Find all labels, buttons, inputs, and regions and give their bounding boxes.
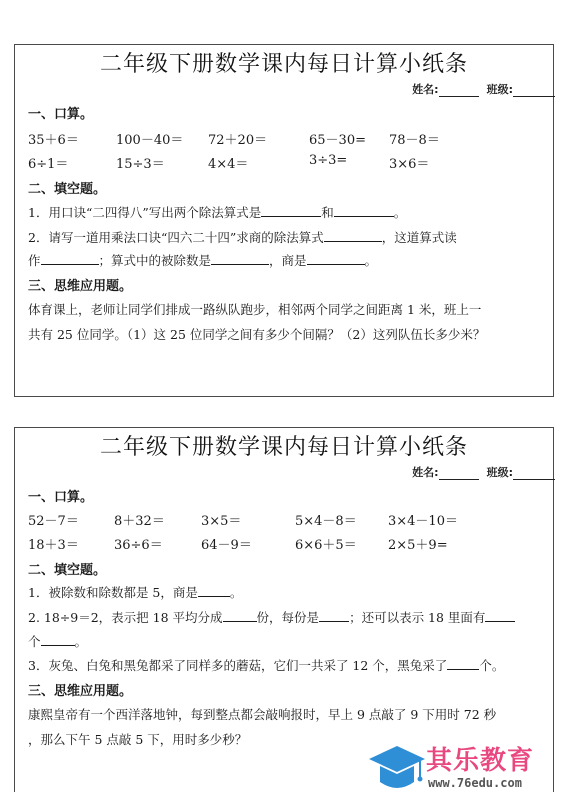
fill-blank-question-2: 2．请写一道用乘法口诀“四六二十四”求商的除法算式，这道算式读 — [28, 228, 549, 246]
section-oral-calc-heading: 一、口算。 — [28, 103, 93, 122]
graduation-cap-icon — [368, 744, 426, 794]
section-word-problem-heading: 三、思维应用题。 — [28, 680, 132, 699]
question-text: 1．被除数和除数都是 5，商是 — [28, 585, 198, 600]
question-text: ，商是 — [269, 253, 307, 268]
question-text: 1．用口诀“二四得八”写出两个除法算式是 — [28, 205, 261, 220]
answer-blank[interactable] — [319, 610, 349, 622]
question-text: ；算式中的被除数是 — [99, 253, 212, 268]
oral-calc-item: 6÷1＝ — [28, 153, 68, 172]
section-oral-calc-heading: 一、口算。 — [28, 486, 93, 505]
name-blank[interactable] — [439, 85, 479, 97]
name-label: 姓名: — [412, 81, 438, 97]
question-text: ，这道算式读 — [382, 230, 457, 245]
fill-blank-question-3: 3．灰兔、白兔和黑兔都采了同样多的蘑菇，它们一共采了 12 个，黑兔采了个。 — [28, 656, 549, 674]
oral-calc-item: 5×4－8＝ — [295, 510, 357, 529]
worksheet-page: 二年级下册数学课内每日计算小纸条 姓名: 班级: 一、口算。 35＋6＝ 100… — [0, 0, 565, 800]
oral-calc-row: 35＋6＝ 100－40＝ 72＋20＝ 65－30= 78－8＝ — [28, 129, 553, 147]
oral-calc-item: 35＋6＝ — [28, 129, 79, 148]
oral-calc-item: 52－7＝ — [28, 510, 79, 529]
answer-blank[interactable] — [198, 585, 230, 597]
question-text: 。 — [394, 205, 407, 220]
oral-calc-row: 52－7＝ 8＋32＝ 3×5＝ 5×4－8＝ 3×4－10＝ — [28, 510, 553, 528]
name-label: 姓名: — [412, 464, 438, 480]
class-label: 班级: — [487, 81, 513, 97]
worksheet-slip-2: 二年级下册数学课内每日计算小纸条 姓名: 班级: 一、口算。 52－7＝ 8＋3… — [14, 427, 554, 792]
section-fill-blank-heading: 二、填空题。 — [28, 559, 106, 578]
oral-calc-item: 65－30= — [309, 129, 366, 148]
student-info: 姓名: 班级: — [412, 81, 555, 97]
question-text: 3．灰兔、白兔和黑兔都采了同样多的蘑菇，它们一共采了 12 个，黑兔采了 — [28, 658, 447, 673]
slip-title: 二年级下册数学课内每日计算小纸条 — [15, 47, 553, 78]
worksheet-slip-1: 二年级下册数学课内每日计算小纸条 姓名: 班级: 一、口算。 35＋6＝ 100… — [14, 44, 554, 397]
oral-calc-item: 15÷3＝ — [116, 153, 165, 172]
oral-calc-item: 2×5＋9= — [388, 534, 448, 553]
oral-calc-item: 6×6＋5＝ — [295, 534, 357, 553]
oral-calc-item: 36÷6＝ — [114, 534, 163, 553]
question-text: 作 — [28, 253, 41, 268]
answer-blank[interactable] — [41, 253, 99, 265]
site-watermark: 其乐教育 www.76edu.com — [368, 740, 565, 800]
oral-calc-item: 78－8＝ — [389, 129, 440, 148]
answer-blank[interactable] — [485, 610, 515, 622]
watermark-brand: 其乐教育 — [426, 740, 534, 777]
question-text: 。 — [365, 253, 378, 268]
oral-calc-row: 18＋3＝ 36÷6＝ 64－9＝ 6×6＋5＝ 2×5＋9= — [28, 534, 553, 552]
name-blank[interactable] — [439, 468, 479, 480]
question-text: 2. 18÷9＝2，表示把 18 平均分成 — [28, 610, 223, 625]
answer-blank[interactable] — [324, 230, 382, 242]
section-fill-blank-heading: 二、填空题。 — [28, 178, 106, 197]
answer-blank[interactable] — [211, 253, 269, 265]
oral-calc-item: 18＋3＝ — [28, 534, 79, 553]
question-text: ；还可以表示 18 里面有 — [349, 610, 485, 625]
oral-calc-item: 3×5＝ — [201, 510, 241, 529]
fill-blank-question-1: 1．用口诀“二四得八”写出两个除法算式是和。 — [28, 203, 549, 221]
fill-blank-question-2-cont: 个。 — [28, 632, 549, 650]
oral-calc-row: 6÷1＝ 15÷3＝ 4×4＝ 3÷3= 3×6＝ — [28, 153, 553, 171]
class-label: 班级: — [487, 464, 513, 480]
oral-calc-item: 64－9＝ — [201, 534, 252, 553]
question-text: 份，每份是 — [257, 610, 320, 625]
question-text: 。 — [230, 585, 243, 600]
answer-blank[interactable] — [41, 634, 75, 646]
oral-calc-item: 4×4＝ — [208, 153, 248, 172]
answer-blank[interactable] — [261, 205, 321, 217]
slip-title: 二年级下册数学课内每日计算小纸条 — [15, 430, 553, 461]
class-blank[interactable] — [513, 468, 555, 480]
watermark-url: www.76edu.com — [428, 776, 522, 790]
word-problem-line: 体育课上，老师让同学们排成一路纵队跑步，相邻两个同学之间距离 1 米，班上一 — [28, 300, 549, 318]
oral-calc-item: 8＋32＝ — [114, 510, 165, 529]
answer-blank[interactable] — [447, 658, 479, 670]
student-info: 姓名: 班级: — [412, 464, 555, 480]
oral-calc-item: 3×4－10＝ — [388, 510, 458, 529]
class-blank[interactable] — [513, 85, 555, 97]
oral-calc-item: 3×6＝ — [389, 153, 429, 172]
answer-blank[interactable] — [334, 205, 394, 217]
question-text: 和 — [321, 205, 334, 220]
word-problem-line: 共有 25 位同学。（1）这 25 位同学之间有多少个间隔？（2）这列队伍长多少… — [28, 325, 549, 343]
question-text: 个 — [28, 634, 41, 649]
question-text: 。 — [75, 634, 88, 649]
fill-blank-question-2-cont: 作；算式中的被除数是，商是。 — [28, 251, 549, 269]
oral-calc-item: 72＋20＝ — [208, 129, 267, 148]
fill-blank-question-2: 2. 18÷9＝2，表示把 18 平均分成份，每份是；还可以表示 18 里面有 — [28, 608, 549, 626]
word-problem-line: 康熙皇帝有一个西洋落地钟，每到整点都会敲响报时，早上 9 点敲了 9 下用时 7… — [28, 705, 549, 723]
question-text: 个。 — [479, 658, 504, 673]
fill-blank-question-1: 1．被除数和除数都是 5，商是。 — [28, 583, 549, 601]
question-text: 2．请写一道用乘法口诀“四六二十四”求商的除法算式 — [28, 230, 324, 245]
section-word-problem-heading: 三、思维应用题。 — [28, 275, 132, 294]
oral-calc-item: 3÷3= — [309, 153, 347, 168]
answer-blank[interactable] — [307, 253, 365, 265]
answer-blank[interactable] — [223, 610, 257, 622]
oral-calc-item: 100－40＝ — [116, 129, 183, 148]
